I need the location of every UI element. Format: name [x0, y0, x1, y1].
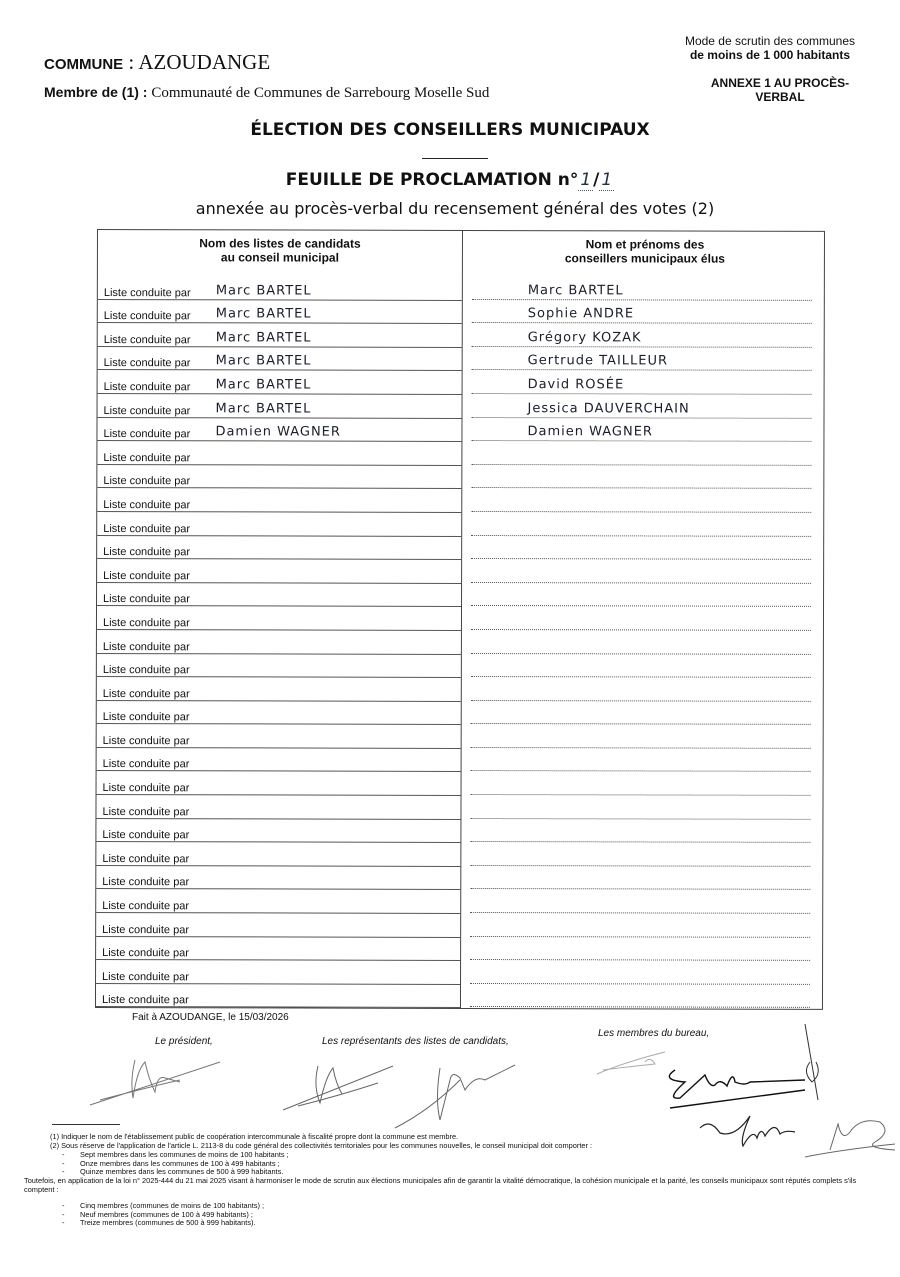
table-row: Liste conduite par: [97, 465, 823, 490]
representant-signature-1: [278, 1058, 398, 1113]
table-row: Liste conduite par: [97, 654, 823, 679]
table-row: Liste conduite parMarc BARTELMarc BARTEL: [98, 276, 824, 301]
list-leader-name: Marc BARTEL: [216, 330, 312, 345]
table-row: Liste conduite parMarc BARTELGrégory KOZ…: [98, 323, 824, 348]
representant-signature-2: [390, 1060, 520, 1130]
table-row: Liste conduite par: [96, 913, 822, 938]
table-row: Liste conduite parMarc BARTELSophie ANDR…: [98, 300, 824, 325]
row-label: Liste conduite par: [103, 735, 190, 747]
table-row: Liste conduite par: [97, 748, 823, 773]
row-label: Liste conduite par: [102, 924, 189, 936]
table-row: Liste conduite parDamien WAGNERDamien WA…: [97, 418, 823, 443]
table-row: Liste conduite par: [96, 842, 822, 867]
table-row: Liste conduite parMarc BARTELDavid ROSÉE: [98, 370, 824, 395]
row-label: Liste conduite par: [103, 641, 190, 653]
row-label: Liste conduite par: [103, 664, 190, 676]
elected-councillor-name: Sophie ANDRE: [528, 306, 634, 321]
row-label: Liste conduite par: [104, 381, 191, 393]
feuille-number: 1: [578, 170, 593, 191]
row-label: Liste conduite par: [103, 570, 190, 582]
header-lists: Nom des listes de candidats au conseil m…: [98, 236, 462, 265]
elected-dotted-line: [470, 1005, 810, 1008]
commune-name: AZOUDANGE: [138, 50, 270, 74]
row-label: Liste conduite par: [103, 546, 190, 558]
table-row: Liste conduite par: [96, 819, 822, 844]
table-row: Liste conduite par: [96, 795, 822, 820]
scrutin-mode-line1: Mode de scrutin des communes: [660, 34, 880, 48]
row-label: Liste conduite par: [102, 829, 189, 841]
row-label: Liste conduite par: [103, 452, 190, 464]
table-row: Liste conduite par: [97, 488, 823, 513]
table-row: Liste conduite par: [97, 606, 823, 631]
bureau-signature-4: [695, 1108, 815, 1158]
row-label: Liste conduite par: [102, 994, 189, 1006]
scrutin-mode-line2: de moins de 1 000 habitants: [660, 48, 880, 62]
row-label: Liste conduite par: [103, 499, 190, 511]
row-label: Liste conduite par: [103, 688, 190, 700]
row-label: Liste conduite par: [104, 405, 191, 417]
row-label: Liste conduite par: [103, 593, 190, 605]
list-leader-name: Marc BARTEL: [216, 401, 312, 416]
table-row: Liste conduite par: [97, 583, 823, 608]
table-row: Liste conduite par: [97, 724, 823, 749]
president-signature: [85, 1050, 225, 1110]
row-label: Liste conduite par: [103, 758, 190, 770]
row-label: Liste conduite par: [104, 334, 191, 346]
proclamation-table: Nom des listes de candidats au conseil m…: [95, 229, 825, 1010]
membre-value: Communauté de Communes de Sarrebourg Mos…: [151, 85, 489, 101]
table-row: Liste conduite parMarc BARTELJessica DAU…: [98, 394, 824, 419]
membre-field: Membre de (1) : Communauté de Communes d…: [44, 84, 489, 102]
table-row: Liste conduite par: [97, 441, 823, 466]
table-row: Liste conduite parMarc BARTELGertrude TA…: [98, 347, 824, 372]
page-subtitle: annexée au procès-verbal du recensement …: [0, 199, 900, 218]
table-body: Liste conduite parMarc BARTELMarc BARTEL…: [96, 276, 824, 1009]
table-row: Liste conduite par: [97, 630, 823, 655]
row-label: Liste conduite par: [103, 782, 190, 794]
commune-label: COMMUNE: [44, 56, 123, 73]
list-leader-name: Marc BARTEL: [216, 306, 312, 321]
list-leader-name: Marc BARTEL: [216, 377, 312, 392]
membre-label: Membre de (1) :: [44, 84, 151, 100]
annexe-label: ANNEXE 1 AU PROCÈS-VERBAL: [690, 76, 870, 104]
table-row: Liste conduite par: [97, 701, 823, 726]
header-elected: Nom et prénoms des conseillers municipau…: [463, 237, 827, 266]
elected-councillor-name: Damien WAGNER: [527, 424, 653, 439]
bureau-label: Les membres du bureau,: [598, 1028, 709, 1039]
row-label: Liste conduite par: [104, 310, 191, 322]
row-label: Liste conduite par: [103, 428, 190, 440]
table-row: Liste conduite par: [96, 866, 822, 891]
row-label: Liste conduite par: [102, 900, 189, 912]
table-row: Liste conduite par: [96, 889, 822, 914]
list-leader-name: Marc BARTEL: [216, 283, 312, 298]
elected-councillor-name: Gertrude TAILLEUR: [528, 354, 668, 369]
table-row: Liste conduite par: [97, 771, 823, 796]
row-label: Liste conduite par: [102, 947, 189, 959]
table-row: Liste conduite par: [97, 512, 823, 537]
table-row: Liste conduite par: [96, 937, 822, 962]
bureau-signature-5: [800, 1112, 900, 1162]
footnote-toutefois-item: -Treize membres (communes de 500 à 999 h…: [62, 1219, 256, 1228]
row-label: Liste conduite par: [102, 806, 189, 818]
table-row: Liste conduite par: [96, 960, 822, 985]
table-row: Liste conduite par: [97, 677, 823, 702]
row-label: Liste conduite par: [102, 853, 189, 865]
row-label: Liste conduite par: [103, 475, 190, 487]
commune-separator: :: [123, 50, 138, 74]
feuille-total: 1: [599, 170, 614, 191]
footnote-divider: [52, 1124, 120, 1125]
table-row: Liste conduite par: [97, 559, 823, 584]
scrutin-mode: Mode de scrutin des communes de moins de…: [660, 34, 880, 62]
representants-label: Les représentants des listes de candidat…: [322, 1036, 509, 1047]
table-row: Liste conduite par: [96, 984, 822, 1009]
row-label: Liste conduite par: [102, 876, 189, 888]
elected-councillor-name: Grégory KOZAK: [528, 330, 642, 345]
fait-a: Fait à AZOUDANGE, le 15/03/2026: [132, 1012, 289, 1023]
elected-councillor-name: Marc BARTEL: [528, 283, 624, 298]
page-title: ÉLECTION DES CONSEILLERS MUNICIPAUX: [0, 120, 900, 140]
feuille-label: FEUILLE DE PROCLAMATION n°: [286, 170, 579, 190]
table-row: Liste conduite par: [97, 536, 823, 561]
president-label: Le président,: [155, 1036, 213, 1047]
footnote-toutefois: Toutefois, en application de la loi n° 2…: [24, 1176, 874, 1194]
elected-councillor-name: Jessica DAUVERCHAIN: [528, 401, 690, 416]
list-leader-name: Marc BARTEL: [216, 354, 312, 369]
elected-councillor-name: David ROSÉE: [528, 377, 625, 392]
row-underline: [96, 1006, 460, 1008]
row-label: Liste conduite par: [103, 617, 190, 629]
feuille-title: FEUILLE DE PROCLAMATION n°1/1: [0, 170, 900, 190]
bureau-signature-3: [800, 1022, 830, 1102]
commune-field: COMMUNE : AZOUDANGE: [44, 50, 270, 75]
row-label: Liste conduite par: [104, 287, 191, 299]
bureau-signature-2: [655, 1060, 815, 1110]
row-label: Liste conduite par: [102, 971, 189, 983]
list-leader-name: Damien WAGNER: [215, 424, 341, 439]
title-divider: [422, 158, 488, 159]
row-label: Liste conduite par: [103, 523, 190, 535]
row-label: Liste conduite par: [104, 357, 191, 369]
row-label: Liste conduite par: [103, 711, 190, 723]
